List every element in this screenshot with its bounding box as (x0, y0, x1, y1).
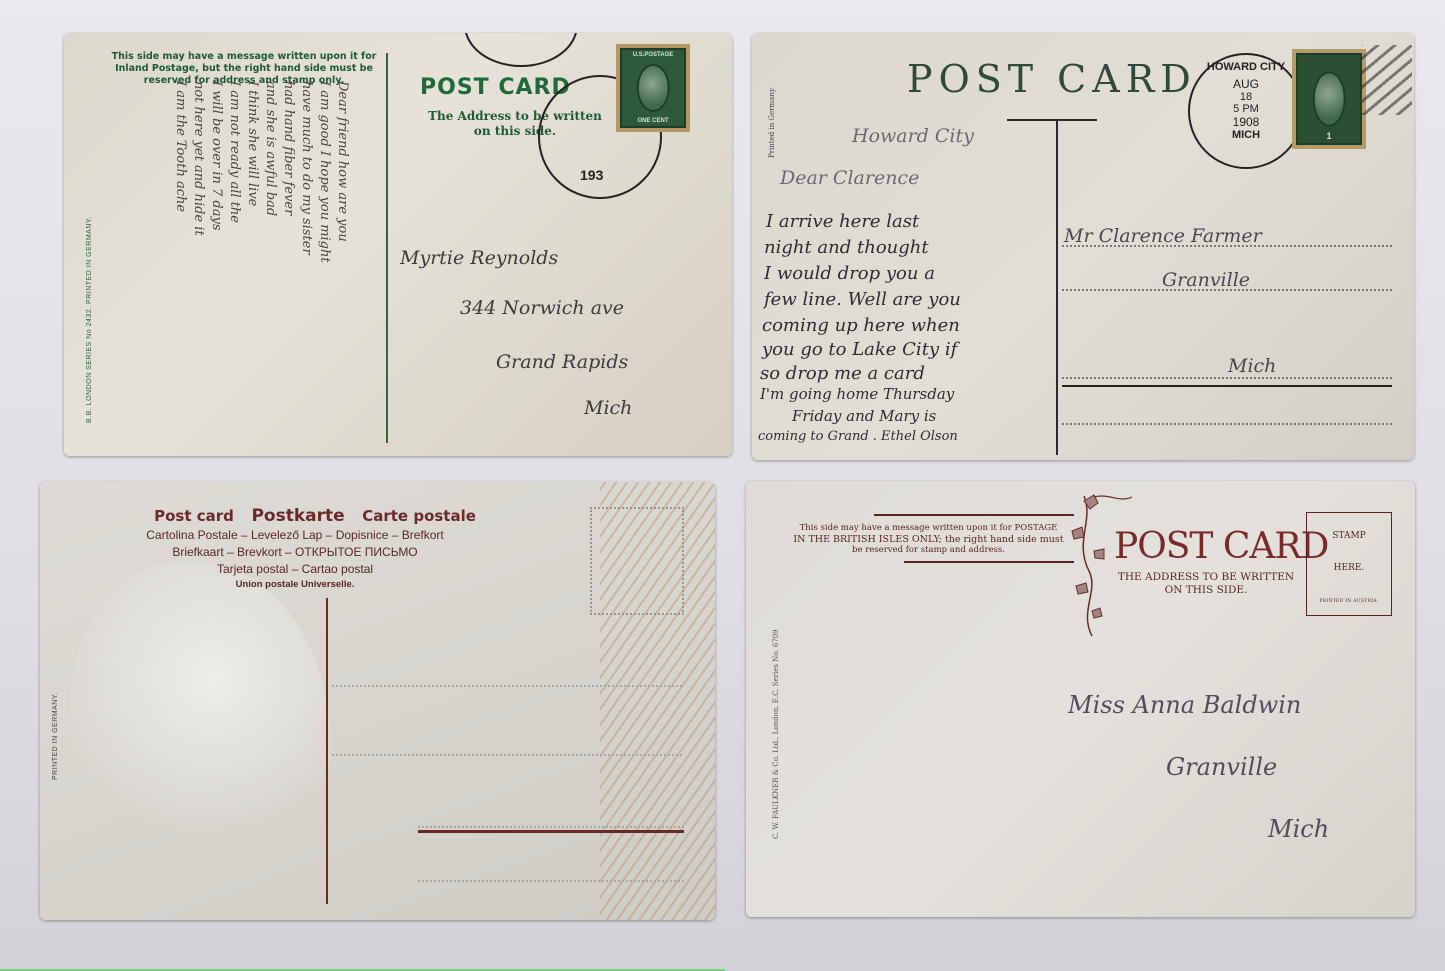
message-line: have much to do my sister (299, 81, 314, 255)
message-line: Dear friend how are you (335, 81, 350, 242)
multilingual-line: Cartolina Postale – Levelező Lap – Dopis… (60, 528, 530, 542)
message-line: you go to Lake City if (762, 339, 957, 360)
message-line: I am not ready all the (227, 81, 242, 223)
address-line: Mr Clarence Farmer (1064, 225, 1262, 247)
address-line-rule (1062, 377, 1392, 379)
ornament-rule (904, 561, 1074, 563)
heading-french: Carte postale (362, 507, 476, 525)
cancellation-bars (1362, 45, 1412, 115)
portrait-icon (1313, 71, 1346, 126)
divider-line (386, 53, 388, 443)
postcard-title: POST CARD (907, 57, 1197, 101)
message-line: I'm going home Thursday (760, 385, 954, 403)
stamp-box-label: HERE. (1307, 563, 1391, 573)
message-line: not here yet and hide it (191, 81, 206, 236)
handwritten-message: Dear friend how are you I am good I hope… (174, 81, 374, 441)
postmark-partial (464, 33, 578, 67)
postcard-bottom-right: This side may have a message written upo… (746, 481, 1415, 917)
postmark-year: 1908 (1190, 115, 1302, 129)
printed-note: Printed in Germany. (768, 87, 776, 158)
divider-line (1056, 119, 1058, 455)
stamp-value: 1 (1298, 131, 1360, 141)
postmark-day: 18 (1190, 91, 1302, 103)
multilingual-heading: Post card Postkarte Carte postale (100, 506, 530, 526)
stamp-box: STAMP HERE. PRINTED IN AUSTRIA. (1306, 512, 1392, 616)
postmark-month: AUG (1190, 77, 1302, 91)
address-line: Myrtie Reynolds (400, 247, 558, 269)
message-line: coming up here when (762, 315, 960, 336)
address-line-heavy (1062, 385, 1392, 387)
multilingual-line: Tarjeta postal – Cartao postal (60, 562, 530, 576)
address-note-line-2: ON THIS SIDE. (1116, 584, 1296, 597)
divider-line (326, 598, 328, 904)
ornament-rule (874, 514, 1074, 516)
postcard-bottom-left: Post card Postkarte Carte postale Cartol… (40, 482, 715, 920)
message-line: night and thought (764, 237, 929, 258)
address-line-solid (418, 830, 684, 833)
address-line-rule (418, 880, 684, 882)
stamp-top-label: U.S.POSTAGE (622, 52, 684, 58)
message-line: I am the Tooth ache (173, 81, 188, 212)
instructions-line: This side may have a message written upo… (786, 523, 1071, 534)
address-line: Granville (1166, 753, 1277, 781)
stamp-one-cent: 1 (1292, 49, 1366, 149)
postcard-title: POST CARD (1114, 526, 1328, 567)
divider-top-bar (1007, 119, 1097, 121)
message-line: few line. Well are you (764, 289, 961, 310)
postmark-howard-city: HOWARD CITY AUG 18 5 PM 1908 MICH (1188, 53, 1304, 169)
address-line: Granville (1162, 269, 1250, 291)
address-line: Grand Rapids (496, 351, 628, 373)
address-line-rule (418, 826, 684, 828)
stamp-box (590, 507, 684, 615)
stamp-box-label: STAMP (1307, 531, 1391, 541)
heading-english: Post card (154, 507, 234, 525)
message-line: I will be over in 7 days (209, 81, 224, 231)
message-line: had hand fiber fever (281, 81, 296, 215)
printed-note: PRINTED IN GERMANY. (52, 692, 59, 780)
message-line: I am good I hope you might (317, 81, 332, 263)
union-postale-text: Union postale Universelle. (60, 579, 530, 590)
series-imprint: B.B. LONDON SERIES No 2432. PRINTED IN G… (86, 216, 93, 423)
message-line: and she is awful bad (263, 81, 278, 216)
publisher-imprint: C. W. FAULKNER & Co. Ltd., London, E.C. … (772, 629, 780, 839)
embossed-flowers (70, 562, 330, 902)
postmark-city: HOWARD CITY (1190, 61, 1302, 73)
message-instructions: This side may have a message written upo… (786, 523, 1071, 556)
address-line: Miss Anna Baldwin (1068, 691, 1301, 719)
address-line: Mich (584, 397, 632, 419)
message-line: Friday and Mary is (792, 407, 936, 425)
instructions-line: be reserved for stamp and address. (786, 545, 1071, 556)
message-line: I would drop you a (764, 263, 935, 284)
heading-german: Postkarte (251, 506, 344, 526)
address-line: 344 Norwich ave (460, 297, 624, 319)
postcard-top-right: POST CARD Printed in Germany. HOWARD CIT… (752, 33, 1414, 460)
postcard-title: POST CARD (420, 75, 571, 100)
greeting-heading: Howard City (852, 125, 974, 147)
postmark-text: 193 (580, 167, 603, 183)
greeting: Dear Clarence (780, 167, 919, 189)
address-line-rule (332, 754, 682, 756)
address-line: Mich (1228, 355, 1276, 377)
stamp-one-cent: U.S.POSTAGE ONE CENT (616, 44, 690, 132)
address-line: Mich (1268, 815, 1329, 843)
postmark-state: MICH (1190, 129, 1302, 141)
address-note-line-1: THE ADDRESS TO BE WRITTEN (1116, 571, 1296, 584)
postmark-time: 5 PM (1190, 103, 1302, 115)
portrait-icon (637, 64, 670, 112)
stamp-bottom-label: ONE CENT (622, 118, 684, 124)
printed-in-austria: PRINTED IN AUSTRIA. (1307, 599, 1391, 604)
message-line: I think she will live (245, 81, 260, 206)
postcard-top-left: This side may have a message written upo… (64, 33, 732, 456)
address-line-rule (332, 685, 682, 687)
message-line: so drop me a card (760, 363, 925, 384)
message-line: I arrive here last (766, 211, 919, 232)
multilingual-line: Briefkaart – Brevkort – ОТКРЫТОЕ ПИСЬМО (60, 545, 530, 559)
message-line: coming to Grand . Ethel Olson (758, 429, 958, 444)
address-line-rule (1062, 423, 1392, 425)
instructions-line: IN THE BRITISH ISLES ONLY; the right han… (786, 534, 1071, 545)
address-note: THE ADDRESS TO BE WRITTEN ON THIS SIDE. (1116, 571, 1296, 597)
